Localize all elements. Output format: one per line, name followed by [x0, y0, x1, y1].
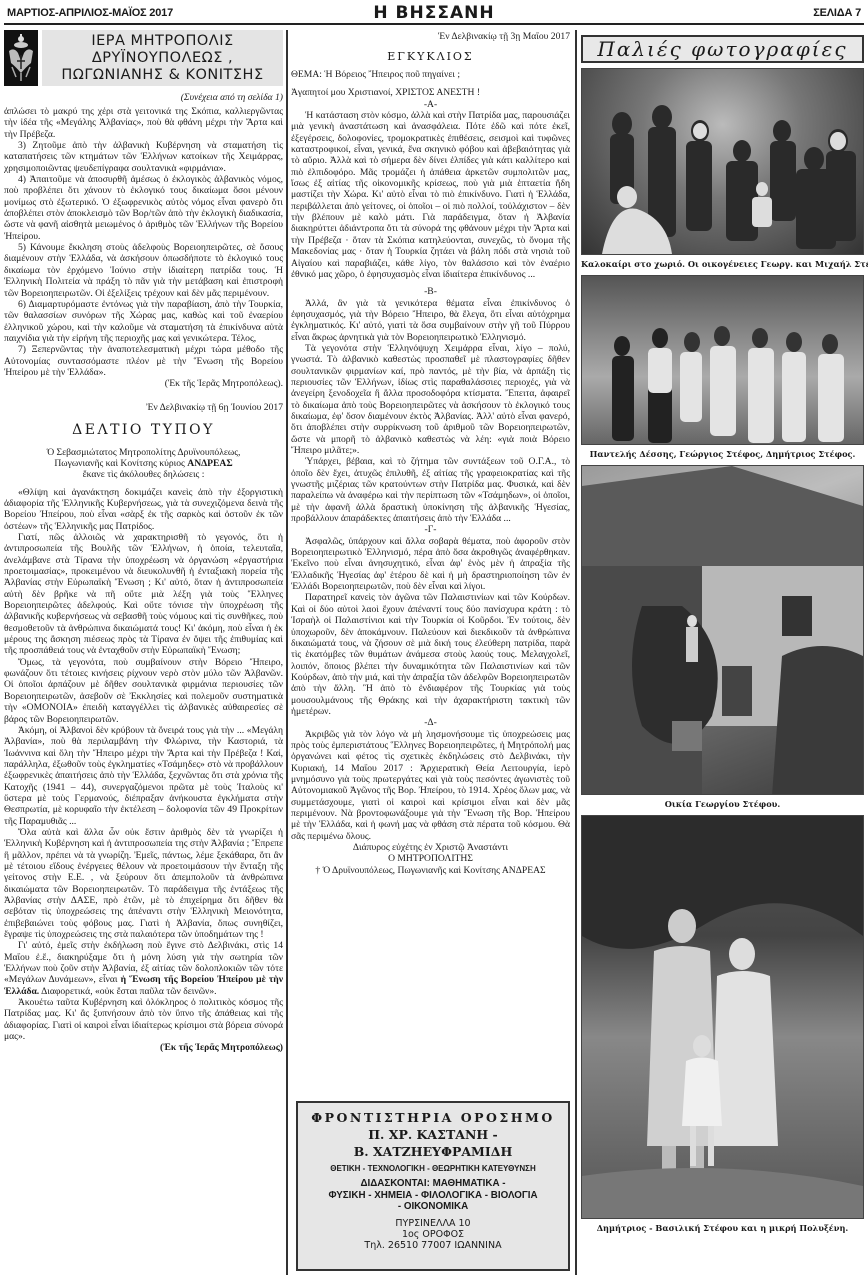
section-label: -Γ-	[291, 524, 570, 535]
intro-line: Ὁ Σεβασμιώτατος Μητροπολίτης Δρυϊνουπόλε…	[4, 447, 283, 458]
phone-line: Τηλ. 26510 77007 ΙΩΑΝΝΙΝΑ	[298, 1240, 568, 1251]
metropolis-title: ΙΕΡΑ ΜΗΤΡΟΠΟΛΙΣ ΔΡΥΪΝΟΥΠΟΛΕΩΣ , ΠΩΓΩΝΙΑΝ…	[42, 30, 283, 86]
metropolis-masthead: ΙΕΡΑ ΜΗΤΡΟΠΟΛΙΣ ΔΡΥΪΝΟΥΠΟΛΕΩΣ , ΠΩΓΩΝΙΑΝ…	[4, 30, 283, 86]
photo-caption: Δημήτριος - Βασιλική Στέφου και η μικρή …	[581, 1223, 864, 1233]
paragraph: Τὰ γεγονότα στὴν Ἑλληνόψυχη Χειμάρρα εἶν…	[291, 343, 570, 456]
intro-text: Πωγωνιανῆς καὶ Κονίτσης κύριος	[54, 458, 187, 469]
photo-caption: Οικία Γεωργίου Στέφου.	[581, 799, 864, 809]
closing-title: Ο ΜΗΤΡΟΠΟΛΙΤΗΣ	[291, 853, 570, 864]
intro-line: Πωγωνιανῆς καὶ Κονίτσης κύριος ΑΝΔΡΕΑΣ	[4, 458, 283, 469]
photo-caption: Καλοκαίρι στο χωριό. Οι οικογένειες Γεωρ…	[581, 259, 864, 269]
paragraph: Γιατί, πῶς ἀλλοιῶς νὰ χαρακτηρισθῆ τὸ γε…	[4, 532, 283, 657]
encyclical-subject: ΘΕΜΑ: Ἡ Βόρειος Ἤπειρος ποῦ πηγαίνει ;	[291, 69, 570, 80]
ad-name: Π. ΧΡ. ΚΑΣΤΑΝΗ -	[298, 1126, 568, 1143]
encyclical-greeting: Ἀγαπητοί μου Χριστιανοί, ΧΡΙΣΤΟΣ ΑΝΕΣΤΗ …	[291, 87, 570, 98]
paragraph: 5) Κάνουμε ἔκκληση στοὺς ἀδελφοὺς Βορειο…	[4, 242, 283, 299]
subject-line: - ΟΙΚΟΝΟΜΙΚΑ	[298, 1201, 568, 1213]
paragraph: 3) Ζητοῦμε ἀπὸ τὴν ἀλβανικὴ Κυβέρνηση νὰ…	[4, 140, 283, 174]
ad-title: ΦΡΟΝΤΙΣΤΗΡΙΑ ΟΡΟΣΗΜΟ	[298, 1109, 568, 1126]
section-label: -Β-	[291, 286, 570, 297]
title-line: ΠΩΓΩΝΙΑΝΗΣ & ΚΟΝΙΤΣΗΣ	[61, 67, 263, 84]
paragraph: 6) Διαμαρτυρόμαστε ἐντόνως γιὰ τὴν παραβ…	[4, 299, 283, 344]
newspaper-title: Η ΒΗΣΣΑΝΗ	[4, 3, 864, 23]
paragraph: 4) Ἀπαιτοῦμε νὰ ἀποσυρθῆ ἀμέσως ὁ ἐκλογι…	[4, 174, 283, 242]
continued-note: (Συνέχεια από τη σελίδα 1)	[4, 92, 283, 103]
column-divider	[575, 30, 577, 1275]
subject-line: ΔΙΔΑΣΚΟΝΤΑΙ: ΜΑΘΗΜΑΤΙΚΑ -	[298, 1178, 568, 1190]
paragraph: ἁπλώσει τὸ μακρύ της χέρι στὰ γειτονικά …	[4, 106, 283, 140]
article-source: (Ἐκ τῆς Ἱερᾶς Μητροπόλεως).	[4, 378, 283, 389]
paragraph: Ἀκόμη, οἱ Ἀλβανοὶ δὲν κρύβουν τὰ ὄνειρά …	[4, 725, 283, 827]
title-line: ΔΡΥΪΝΟΥΠΟΛΕΩΣ ,	[92, 50, 233, 67]
column-encyclical: Ἐν Δελβινακίῳ τῇ 3ῃ Μαΐου 2017 ΕΓΚΥΚΛΙΟΣ…	[291, 30, 570, 876]
paragraph: Ἡ κατάσταση στὸν κόσμο, ἀλλὰ καὶ στὴν Πα…	[291, 110, 570, 280]
paragraph: Γι' αὐτό, ἐμεῖς στὴν ἐκδήλωση ποὺ ἔγινε …	[4, 940, 283, 997]
signature: † Ὁ Δρυϊνουπόλεως, Πωγωνιανῆς καὶ Κονίτσ…	[291, 865, 570, 876]
photo-couple-with-girl	[581, 815, 864, 1219]
article-declarations: ἁπλώσει τὸ μακρύ της χέρι στὰ γειτονικά …	[4, 106, 283, 390]
press-release-date: Ἐν Δελβινακίῳ τῇ 6ῃ Ἰουνίου 2017	[4, 402, 283, 413]
paragraph: Ὑπάρχει, βέβαια, καὶ τὸ ζήτημα τῶν συντά…	[291, 456, 570, 524]
intro-line: ἔκανε τὶς ἀκόλουθες δηλώσεις :	[4, 469, 283, 480]
article-source: (Ἐκ τῆς Ἱερᾶς Μητροπόλεως)	[4, 1042, 283, 1053]
column-metropolis: ΙΕΡΑ ΜΗΤΡΟΠΟΛΙΣ ΔΡΥΪΝΟΥΠΟΛΕΩΣ , ΠΩΓΩΝΙΑΝ…	[4, 30, 283, 1054]
paragraph: Ἀλλά, ἂν γιὰ τὰ γενικότερα θέματα εἶναι …	[291, 298, 570, 343]
paragraph: Ἀσφαλῶς, ὑπάρχουν καὶ ἄλλα σοβαρὰ θέματα…	[291, 536, 570, 593]
old-photos-header: Παλιές φωτογραφίες	[581, 35, 864, 63]
closing-line: Διάπυρος εὐχέτης ἐν Χριστῷ Ἀναστάντι	[291, 842, 570, 853]
paragraph: 7) Ξεπερνῶντας τὴν ἀναποτελεσματικὴ μέχρ…	[4, 344, 283, 378]
column-old-photos: Παλιές φωτογραφίες Καλοκαίρι στο χωριό. …	[581, 30, 864, 1239]
ad-directions: ΘΕΤΙΚΗ - ΤΕΧΝΟΛΟΓΙΚΗ - ΘΕΩΡΗΤΙΚΗ ΚΑΤΕΥΘΥ…	[298, 1164, 568, 1173]
section-label: -Δ-	[291, 717, 570, 728]
page-header: ΜΑΡΤΙΟΣ-ΑΠΡΙΛΙΟΣ-ΜΑΪΟΣ 2017 Η ΒΗΣΣΑΝΗ ΣΕ…	[4, 3, 864, 25]
paragraph: «Θλίψη καὶ ἀγανάκτηση δοκιμάζει κανεὶς ἀ…	[4, 487, 283, 532]
address-line: 1ος ΟΡΟΦΟΣ	[298, 1229, 568, 1240]
press-release-body: «Θλίψη καὶ ἀγανάκτηση δοκιμάζει κανεὶς ἀ…	[4, 487, 283, 1054]
press-release-intro: Ὁ Σεβασμιώτατος Μητροπολίτης Δρυϊνουπόλε…	[4, 447, 283, 481]
ad-name: Β. ΧΑΤΖΗΕΥΦΡΑΜΙΔΗ	[298, 1143, 568, 1160]
photo-stefos-house	[581, 465, 864, 795]
subject-line: ΦΥΣΙΚΗ - ΧΗΜΕΙΑ - ΦΙΛΟΛΟΓΙΚΑ - ΒΙΟΛΟΓΙΑ	[298, 1190, 568, 1202]
paragraph: Παρατηρεῖ κανεὶς τὸν ἀγῶνα τῶν Παλαιστιν…	[291, 592, 570, 717]
paragraph: Ἀκουέτω ταῦτα Κυβέρνηση καὶ ὁλόκληρος ὁ …	[4, 997, 283, 1042]
section-label: -Α-	[291, 99, 570, 110]
paragraph: Ἀκριβῶς γιὰ τὸν λόγο νὰ μὴ λησμονήσουμε …	[291, 729, 570, 842]
tutoring-advertisement: ΦΡΟΝΤΙΣΤΗΡΙΑ ΟΡΟΣΗΜΟ Π. ΧΡ. ΚΑΣΤΑΝΗ - Β.…	[296, 1101, 570, 1271]
ad-address: ΠΥΡΣΙΝΕΛΛΑ 10 1ος ΟΡΟΦΟΣ Τηλ. 26510 7700…	[298, 1218, 568, 1251]
paragraph-text: Διαφορετικά, «οὐκ ἔσται παῦλα τῶν δεινῶν…	[39, 986, 216, 997]
title-line: ΙΕΡΑ ΜΗΤΡΟΠΟΛΙΣ	[91, 33, 233, 50]
photo-caption: Παντελής Δέσσης, Γεώργιος Στέφος, Δημήτρ…	[581, 449, 864, 459]
bishop-name: ΑΝΔΡΕΑΣ	[187, 458, 232, 469]
paragraph: Ὅμως, τὰ γεγονότα, ποὺ συμβαίνουν στὴν Β…	[4, 657, 283, 725]
photo-three-men	[581, 275, 864, 445]
photo-family-summer	[581, 68, 864, 255]
double-headed-eagle-icon	[4, 30, 38, 86]
press-release-title: ΔΕΛΤΙΟ ΤΥΠΟΥ	[4, 422, 283, 438]
paragraph: Ὅλα αὐτὰ καὶ ἄλλα ὧν οὐκ ἔστιν ἀριθμὸς δ…	[4, 827, 283, 940]
ad-subjects: ΔΙΔΑΣΚΟΝΤΑΙ: ΜΑΘΗΜΑΤΙΚΑ - ΦΥΣΙΚΗ - ΧΗΜΕΙ…	[298, 1178, 568, 1213]
column-divider	[286, 30, 288, 1275]
encyclical-title: ΕΓΚΥΚΛΙΟΣ	[291, 50, 570, 63]
encyclical-body: ΘΕΜΑ: Ἡ Βόρειος Ἤπειρος ποῦ πηγαίνει ; Ἀ…	[291, 69, 570, 876]
address-line: ΠΥΡΣΙΝΕΛΛΑ 10	[298, 1218, 568, 1229]
encyclical-date: Ἐν Δελβινακίῳ τῇ 3ῃ Μαΐου 2017	[291, 31, 570, 42]
